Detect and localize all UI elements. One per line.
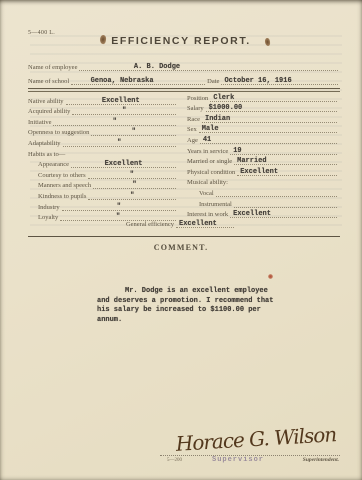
- field-row: Years in service 19: [187, 144, 339, 155]
- dotted-leader: A. B. Dodge: [79, 62, 338, 71]
- ditto-mark: ": [132, 181, 136, 189]
- field-label: Openness to suggestion: [28, 129, 89, 136]
- dotted-leader: [234, 199, 337, 208]
- dotted-leader: Excellent: [71, 159, 176, 168]
- dotted-leader: Married: [234, 156, 337, 165]
- comment-title: COMMENT.: [0, 243, 362, 252]
- dotted-leader: Clerk: [210, 93, 337, 102]
- dotted-leader: 19: [230, 146, 337, 155]
- field-row: Instrumental: [187, 197, 339, 208]
- dotted-leader: 41: [200, 135, 337, 144]
- dotted-leader: ": [88, 170, 176, 179]
- signature-line-note: 5—200: [167, 458, 182, 463]
- field-label: Vocal: [199, 190, 214, 197]
- school-date-row: Name of school Genoa, Nebraska Date Octo…: [28, 71, 340, 85]
- field-row: Courtesy to others ": [28, 168, 178, 179]
- comment-line: annum.: [97, 316, 322, 326]
- supervisor-typed-title: Supervisor: [212, 456, 264, 464]
- date-label: Date: [207, 78, 219, 85]
- supervisor-signature: Horace G. Wilson: [165, 422, 346, 457]
- field-label: Industry: [38, 204, 60, 211]
- superintendent-printed-title: Superintendent.: [303, 457, 339, 463]
- dotted-leader: ": [53, 117, 176, 126]
- general-efficiency-label: General efficiency: [126, 221, 174, 228]
- field-row: Industry ": [28, 200, 178, 211]
- field-row: Vocal: [187, 186, 339, 197]
- dotted-leader: ": [91, 127, 176, 136]
- ditto-mark: ": [132, 128, 136, 136]
- field-label: Appearance: [38, 161, 69, 168]
- dotted-leader: Male: [199, 124, 337, 133]
- field-row: Kindness to pupils ": [28, 189, 178, 200]
- dotted-leader: [216, 188, 337, 197]
- comment-text: Mr. Dodge is an excellent employee and d…: [97, 287, 322, 325]
- field-value: Indian: [205, 115, 230, 123]
- field-row: Appearance Excellent: [28, 158, 178, 169]
- general-efficiency-value: Excellent: [179, 220, 217, 228]
- field-row: Position Clerk: [187, 91, 339, 102]
- field-label: Physical condition: [187, 169, 235, 176]
- field-row: Acquired ability ": [28, 105, 178, 116]
- employee-name-label: Name of employee: [28, 64, 77, 71]
- field-label: Kindness to pupils: [38, 193, 86, 200]
- field-row: Openness to suggestion ": [28, 126, 178, 137]
- field-value: Male: [202, 125, 219, 133]
- ditto-mark: ": [130, 171, 134, 179]
- field-value: Married: [237, 157, 266, 165]
- employee-name-value: A. B. Dodge: [134, 63, 180, 71]
- field-label: Acquired ability: [28, 108, 70, 115]
- field-label: Adaptability: [28, 140, 61, 147]
- dotted-leader: Excellent: [66, 96, 176, 105]
- field-row: Married or single Married: [187, 155, 339, 166]
- ditto-mark: ": [113, 118, 117, 126]
- header-fields: Name of employee A. B. Dodge Name of sch…: [28, 57, 340, 85]
- field-label: Married or single: [187, 158, 232, 165]
- dotted-leader: Indian: [202, 114, 337, 123]
- detail-column-right: Position Clerk Salary $1000.00 Race Indi…: [187, 91, 339, 218]
- musical-ability-header: Musical ability:: [187, 176, 339, 187]
- field-label: Native ability: [28, 98, 64, 105]
- field-value: Excellent: [105, 160, 143, 168]
- field-label: Position: [187, 95, 208, 102]
- habits-section-header: Habits as to—: [28, 147, 178, 158]
- field-label: Salary: [187, 105, 204, 112]
- field-row: Adaptability ": [28, 136, 178, 147]
- staple-mark-right: [265, 38, 271, 46]
- dotted-leader: $1000.00: [206, 103, 337, 112]
- dotted-leader: ": [88, 191, 176, 200]
- field-value: 19: [233, 147, 241, 155]
- dotted-leader: Genoa, Nebraska: [71, 76, 205, 85]
- field-value: $1000.00: [209, 104, 243, 112]
- rating-column-left: Native ability Excellent Acquired abilit…: [28, 94, 178, 221]
- field-label: Instrumental: [199, 201, 232, 208]
- field-label: Initiative: [28, 119, 51, 126]
- field-row: Physical condition Excellent: [187, 165, 339, 176]
- dotted-leader: ": [63, 138, 177, 147]
- field-label: Sex: [187, 126, 197, 133]
- dotted-leader: Excellent: [237, 167, 337, 176]
- ditto-mark: ": [117, 139, 121, 147]
- section-rule: [28, 236, 340, 237]
- school-name-value: Genoa, Nebraska: [91, 77, 154, 85]
- field-row: Salary $1000.00: [187, 102, 339, 113]
- dotted-leader: ": [62, 202, 176, 211]
- dotted-leader: ": [93, 180, 176, 189]
- comment-line: Mr. Dodge is an excellent employee: [97, 287, 322, 297]
- field-label: Courtesy to others: [38, 172, 86, 179]
- comment-line: his salary be increased to $1100.00 per: [97, 306, 322, 316]
- ditto-mark: ": [122, 107, 126, 115]
- red-ink-fleck: [268, 274, 273, 279]
- field-row: Manners and speech ": [28, 179, 178, 190]
- school-name-label: Name of school: [28, 78, 69, 85]
- date-value: October 16, 1916: [224, 77, 291, 85]
- field-value: Excellent: [102, 97, 140, 105]
- dotted-leader: Excellent: [176, 219, 234, 228]
- ditto-mark: ": [117, 203, 121, 211]
- field-row: Sex Male: [187, 123, 339, 134]
- employee-name-row: Name of employee A. B. Dodge: [28, 57, 340, 71]
- report-title: EFFICIENCY REPORT.: [0, 35, 362, 47]
- ditto-mark: ": [130, 192, 134, 200]
- field-label: Age: [187, 137, 198, 144]
- dotted-leader: October 16, 1916: [221, 76, 338, 85]
- field-label: Race: [187, 116, 200, 123]
- efficiency-report-document: 5—400 L. EFFICIENCY REPORT. Name of empl…: [0, 0, 362, 480]
- field-row: Race Indian: [187, 112, 339, 123]
- field-value: 41: [203, 136, 211, 144]
- general-efficiency-row: General efficiency Excellent: [0, 217, 362, 228]
- field-value: Excellent: [240, 168, 278, 176]
- field-row: Age 41: [187, 133, 339, 144]
- comment-line: and deserves a promotion. I recommend th…: [97, 297, 322, 307]
- dotted-leader: ": [72, 106, 176, 115]
- field-row: Native ability Excellent: [28, 94, 178, 105]
- field-label: Manners and speech: [38, 182, 91, 189]
- field-row: Initiative ": [28, 115, 178, 126]
- field-label: Years in service: [187, 148, 228, 155]
- field-value: Clerk: [213, 94, 234, 102]
